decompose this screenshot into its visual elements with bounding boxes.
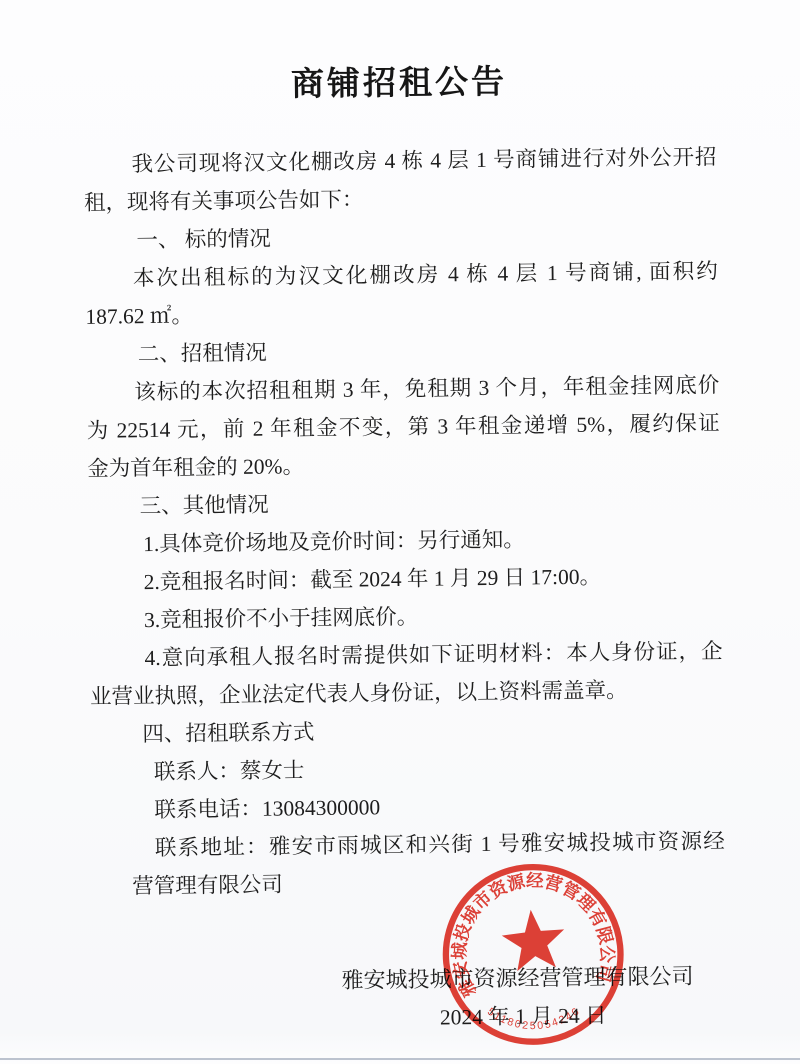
photo-bottom-edge-line bbox=[0, 1058, 800, 1060]
doc-list-item: 3.竞租报价不小于挂网底价。 bbox=[89, 598, 722, 636]
contact-person-line: 联系人：蔡女士 bbox=[91, 750, 724, 788]
doc-section-heading: 二、招租情况 bbox=[86, 332, 719, 370]
official-seal-stamp: 雅安城投城市资源经营管理有限公司 5118025054246 bbox=[427, 848, 639, 1060]
contact-phone-line: 联系电话：13084300000 bbox=[91, 788, 724, 826]
doc-list-item: 2.竞租报名时间：截至 2024 年 1 月 29 日 17:00。 bbox=[88, 560, 721, 598]
contact-address-line: 营管理有限公司 bbox=[92, 864, 725, 902]
doc-line: 租，现将有关事项公告如下： bbox=[84, 180, 717, 218]
doc-section-heading: 一、 标的情况 bbox=[84, 218, 717, 256]
document-photo: 商铺招租公告 我公司现将汉文化棚改房 4 栋 4 层 1 号商铺进行对外公开招 … bbox=[0, 0, 800, 1064]
star-icon bbox=[500, 907, 568, 973]
doc-line: 金为首年租金的 20%。 bbox=[87, 446, 720, 484]
doc-list-item: 1.具体竞价场地及竞价时间：另行通知。 bbox=[88, 522, 721, 560]
doc-section-heading: 三、其他情况 bbox=[88, 484, 721, 522]
doc-list-item: 4.意向承租人报名时需提供如下证明材料：本人身份证，企 bbox=[89, 636, 722, 674]
doc-line: 本次出租标的为汉文化棚改房 4 栋 4 层 1 号商铺, 面积约 bbox=[85, 256, 718, 294]
doc-line: 为 22514 元，前 2 年租金不变，第 3 年租金递增 5%，履约保证 bbox=[87, 408, 720, 446]
doc-line: 我公司现将汉文化棚改房 4 栋 4 层 1 号商铺进行对外公开招 bbox=[83, 142, 716, 180]
doc-section-heading: 四、招租联系方式 bbox=[90, 712, 723, 750]
doc-title: 商铺招租公告 bbox=[82, 53, 716, 108]
scan-tilt: 商铺招租公告 我公司现将汉文化棚改房 4 栋 4 层 1 号商铺进行对外公开招 … bbox=[0, 0, 800, 1064]
doc-line: 业营业执照，企业法定代表人身份证，以上资料需盖章。 bbox=[90, 674, 723, 712]
doc-line: 该标的本次招租租期 3 年，免租期 3 个月，年租金挂网底价 bbox=[86, 370, 719, 408]
contact-address-line: 联系地址：雅安市雨城区和兴街 1 号雅安城投城市资源经 bbox=[92, 826, 725, 864]
doc-line: 187.62 ㎡。 bbox=[85, 294, 718, 332]
